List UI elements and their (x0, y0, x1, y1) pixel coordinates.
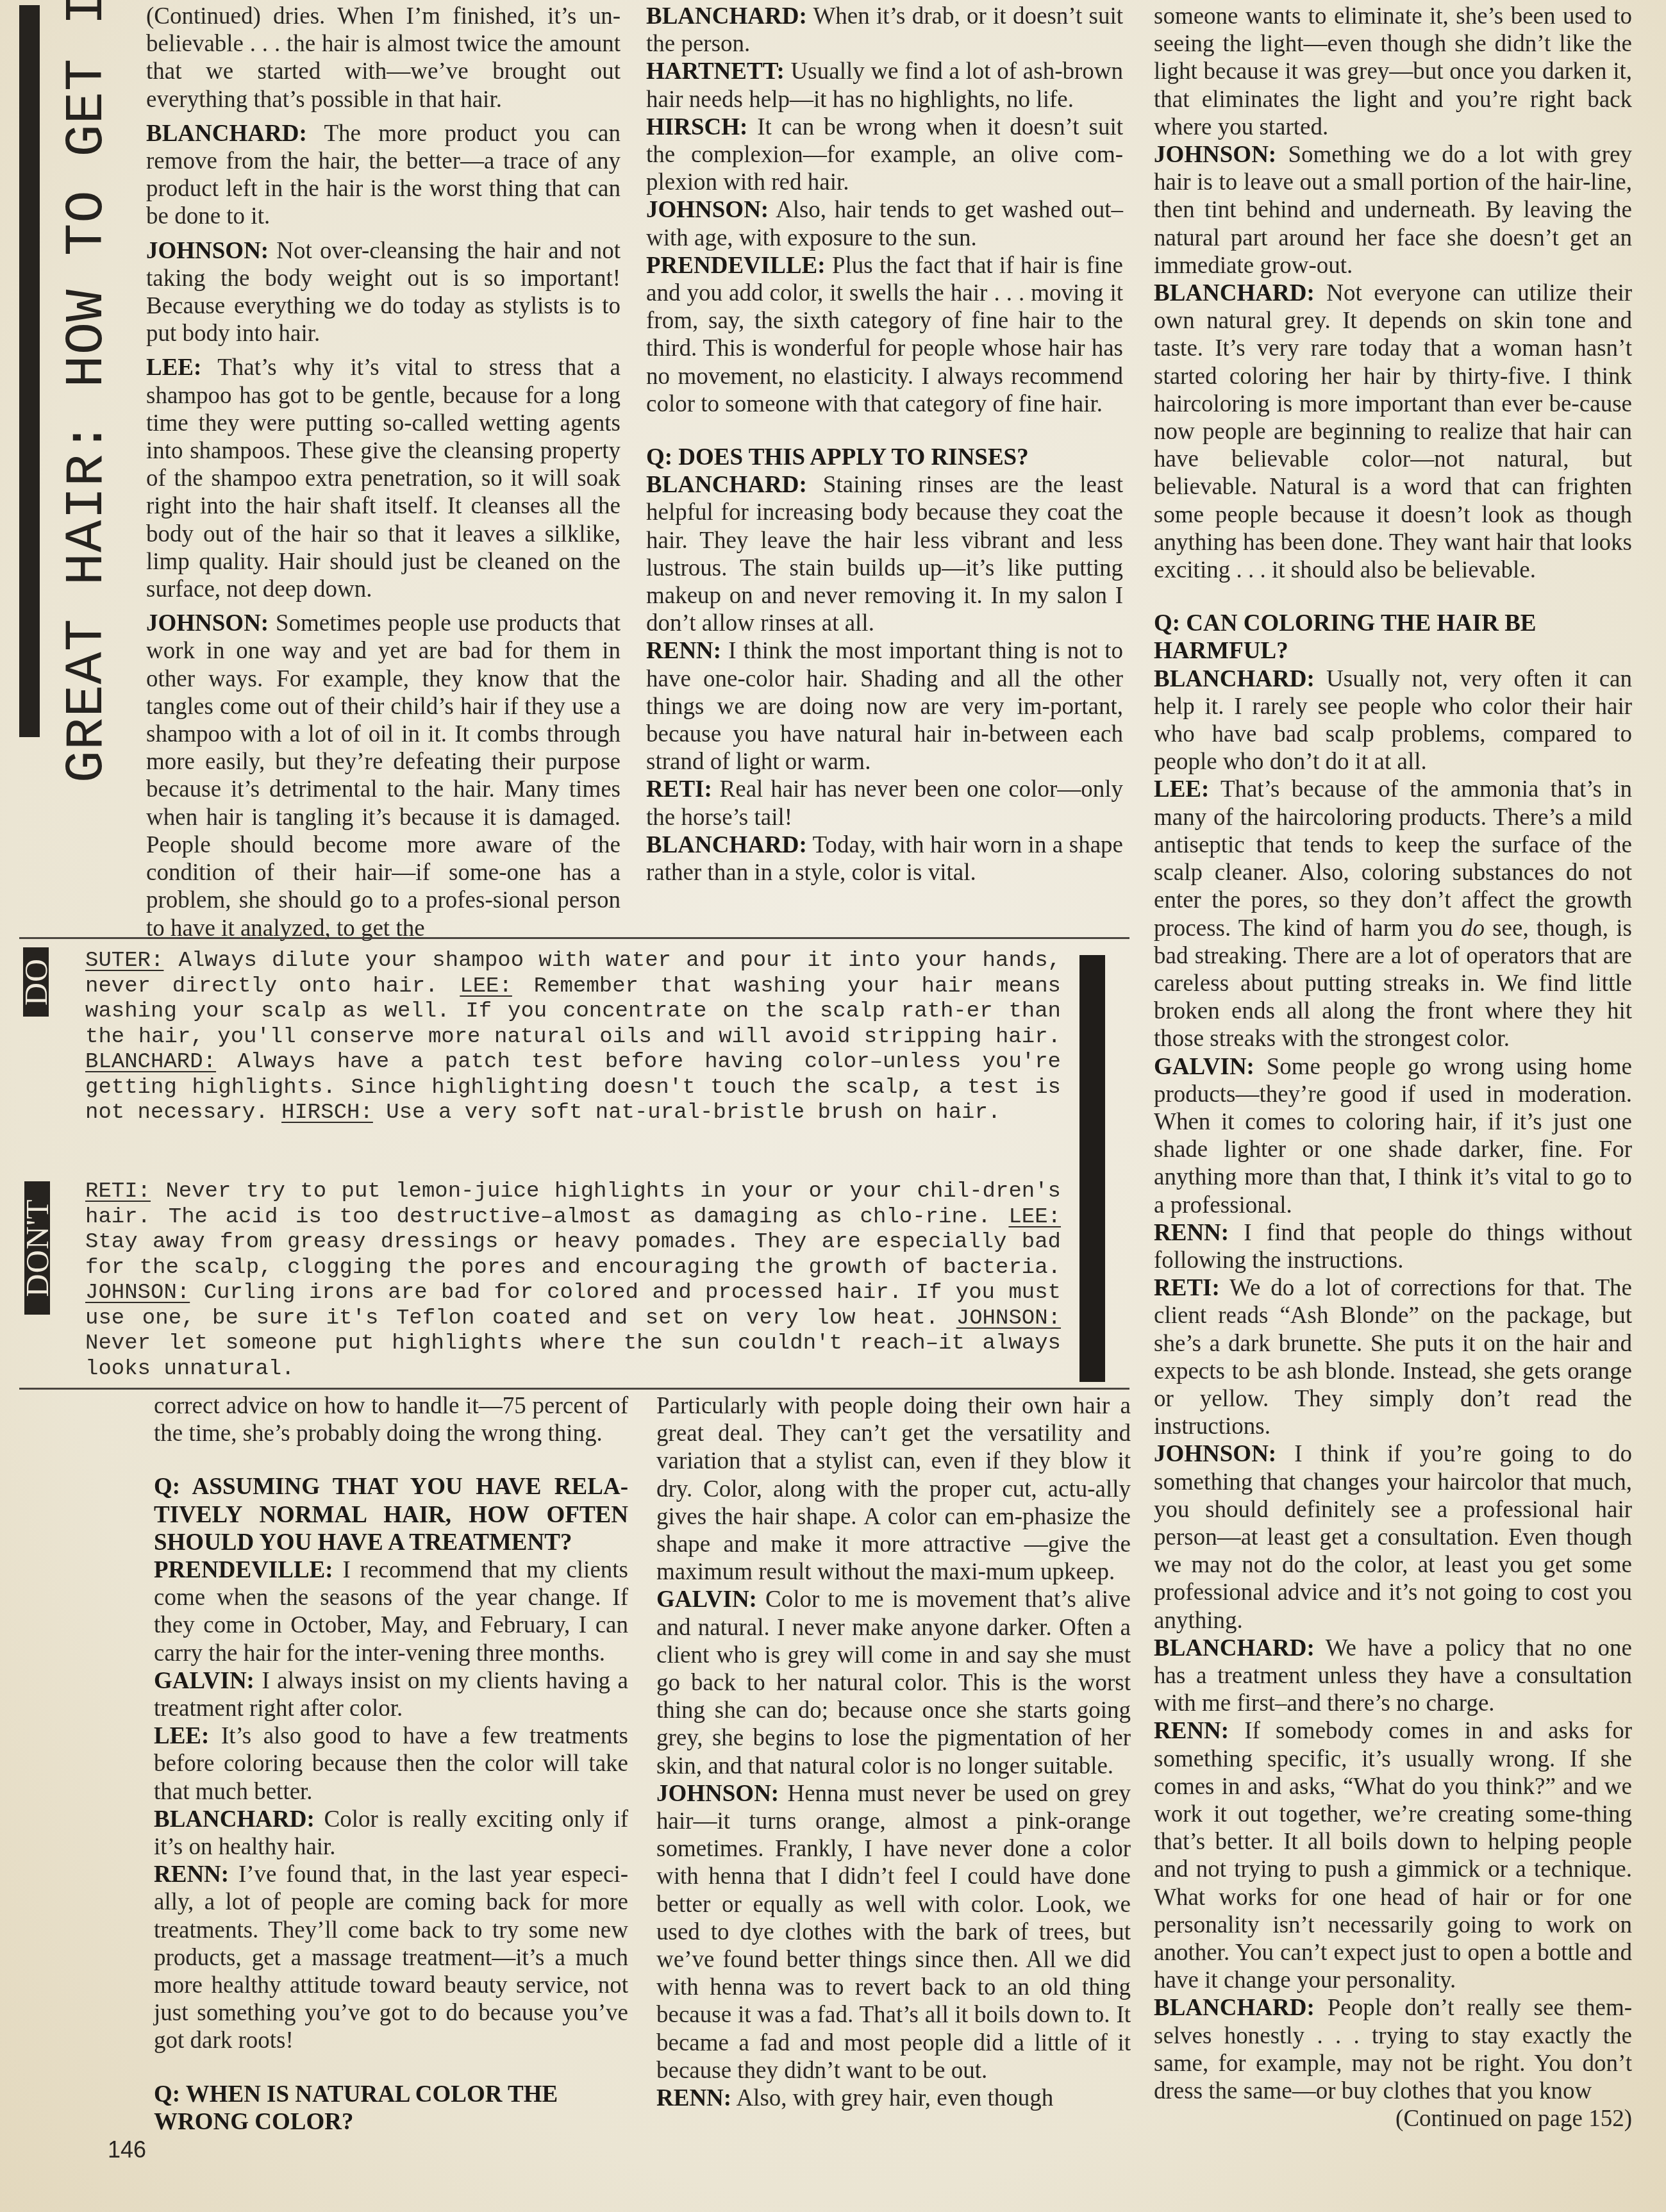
paragraph: JOHNSON: Also, hair tends to get washed … (646, 196, 1123, 251)
speaker: RETI: (1154, 1275, 1220, 1301)
paragraph: JOHNSON: Something we do a lot with grey… (1154, 141, 1632, 279)
speaker: RENN: (1154, 1718, 1229, 1744)
paragraph: RENN: I’ve found that, in the last year … (154, 1861, 628, 2054)
speaker: RENN: (154, 1861, 229, 1888)
paragraph: BLANCHARD: Today, with hair worn in a sh… (646, 831, 1123, 886)
speaker: JOHNSON: (1154, 1441, 1276, 1467)
column-top-middle: BLANCHARD: When it’s drab, or it doesn’t… (646, 3, 1123, 886)
vertical-title: GREAT HAIR: HOW TO GET IT (59, 5, 117, 737)
paragraph: BLANCHARD: Usually not, very often it ca… (1154, 665, 1632, 776)
speaker: LEE: (146, 354, 201, 381)
paragraph: JOHNSON: I think if you’re going to do s… (1154, 1440, 1632, 1634)
paragraph: GALVIN: I always insist on my clients ha… (154, 1667, 628, 1722)
tips-box-bottom-rule (19, 1388, 1129, 1390)
speaker: BLANCHARD: (154, 1806, 315, 1833)
tip-author: LEE: (1008, 1205, 1061, 1229)
tip-author: BLANCHARD: (85, 1050, 216, 1074)
paragraph: HARTNETT: Usually we find a lot of ash-b… (646, 58, 1123, 113)
paragraph: BLANCHARD: People don’t really see them-… (1154, 1994, 1632, 2105)
speaker: JOHNSON: (146, 238, 269, 264)
speaker: JOHNSON: (1154, 142, 1276, 168)
speaker: HARTNETT: (646, 58, 785, 85)
speaker: BLANCHARD: (646, 3, 807, 29)
question-heading: Q: WHEN IS NATURAL COLOR THE WRONG COLOR… (154, 2081, 628, 2136)
paragraph: JOHNSON: Sometimes people use products t… (146, 610, 621, 942)
paragraph: RENN: If somebody comes in and asks for … (1154, 1717, 1632, 1994)
speaker: GALVIN: (154, 1668, 254, 1694)
paragraph: LEE: That’s because of the ammonia that’… (1154, 776, 1632, 1052)
page-number: 146 (108, 2136, 146, 2163)
speaker: RENN: (656, 2085, 731, 2111)
speaker: PRENDEVILLE: (646, 253, 826, 279)
question-heading: Q: DOES THIS APPLY TO RINSES? (646, 444, 1123, 471)
paragraph: JOHNSON: Henna must never be used on gre… (656, 1780, 1131, 2084)
tip-author: RETI: (85, 1179, 151, 1204)
article-title: GREAT HAIR: HOW TO GET IT (61, 0, 115, 783)
speaker: LEE: (154, 1723, 209, 1749)
paragraph: BLANCHARD: The more product you can remo… (146, 120, 621, 231)
paragraph: RETI: Real hair has never been one color… (646, 776, 1123, 831)
speaker: BLANCHARD: (646, 832, 807, 858)
paragraph: HIRSCH: It can be wrong when it doesn’t … (646, 113, 1123, 197)
paragraph: BLANCHARD: Color is really exciting only… (154, 1806, 628, 1861)
paragraph: RENN: I find that people do things witho… (1154, 1219, 1632, 1274)
speaker: HIRSCH: (646, 114, 747, 140)
speaker: BLANCHARD: (646, 472, 807, 498)
speaker: RENN: (646, 638, 721, 664)
question-heading: Q: CAN COLORING THE HAIR BE HARMFUL? (1154, 610, 1632, 665)
paragraph: LEE: That’s why it’s vital to stress tha… (146, 354, 621, 603)
paragraph: RENN: Also, with grey hair, even though (656, 2084, 1131, 2112)
speaker: BLANCHARD: (1154, 280, 1315, 306)
speaker: PRENDEVILLE: (154, 1557, 333, 1583)
do-label-tag: DO (23, 947, 49, 1017)
question-heading: Q: ASSUMING THAT YOU HAVE RELA-TIVELY NO… (154, 1473, 628, 1556)
speaker: BLANCHARD: (1154, 1995, 1315, 2021)
paragraph: Particularly with people doing their own… (656, 1392, 1131, 1586)
column-bottom-left: correct advice on how to handle it—75 pe… (154, 1392, 628, 2136)
paragraph: LEE: It’s also good to have a few treatm… (154, 1722, 628, 1806)
paragraph: BLANCHARD: Staining rinses are the least… (646, 471, 1123, 637)
paragraph: JOHNSON: Not over-cleansing the hair and… (146, 237, 621, 348)
speaker: BLANCHARD: (1154, 1635, 1315, 1661)
speaker: BLANCHARD: (146, 121, 307, 147)
title-bar (19, 5, 40, 737)
speaker: LEE: (1154, 776, 1209, 802)
dont-tips-text: RETI: Never try to put lemon-juice highl… (85, 1179, 1061, 1382)
continued-note: (Continued on page 152) (1154, 2105, 1632, 2133)
tip-author: HIRSCH: (281, 1101, 373, 1125)
tip-author: LEE: (460, 974, 512, 999)
paragraph: (Continued) dries. When I’m finished, it… (146, 3, 621, 113)
paragraph: PRENDEVILLE: I recommend that my clients… (154, 1556, 628, 1667)
speaker: BLANCHARD: (1154, 666, 1315, 692)
speaker: JOHNSON: (656, 1781, 779, 1807)
paragraph: BLANCHARD: We have a policy that no one … (1154, 1634, 1632, 1718)
paragraph: RETI: We do a lot of corrections for tha… (1154, 1274, 1632, 1440)
speaker: JOHNSON: (646, 197, 769, 223)
paragraph: correct advice on how to handle it—75 pe… (154, 1392, 628, 1447)
tips-box-side-bar (1079, 955, 1105, 1382)
column-right: someone wants to eliminate it, she’s bee… (1154, 3, 1632, 2133)
paragraph: someone wants to eliminate it, she’s bee… (1154, 3, 1632, 141)
speaker: GALVIN: (1154, 1054, 1254, 1080)
speaker: JOHNSON: (146, 610, 269, 636)
column-top-left: (Continued) dries. When I’m finished, it… (146, 3, 621, 942)
column-bottom-middle: Particularly with people doing their own… (656, 1392, 1131, 2112)
paragraph: GALVIN: Some people go wrong using home … (1154, 1053, 1632, 1219)
paragraph: RENN: I think the most important thing i… (646, 637, 1123, 776)
paragraph: GALVIN: Color to me is movement that’s a… (656, 1586, 1131, 1779)
tip-author: JOHNSON: (956, 1306, 1061, 1331)
do-tips-text: SUTER: Always dilute your shampoo with w… (85, 949, 1061, 1126)
dont-label-tag: DON'T (24, 1181, 50, 1315)
speaker: RENN: (1154, 1220, 1229, 1246)
paragraph: BLANCHARD: When it’s drab, or it doesn’t… (646, 3, 1123, 58)
speaker: GALVIN: (656, 1586, 757, 1613)
speaker: RETI: (646, 776, 712, 802)
paragraph: PRENDEVILLE: Plus the fact that if hair … (646, 252, 1123, 418)
tip-author: SUTER: (85, 949, 163, 973)
tip-author: JOHNSON: (85, 1281, 190, 1305)
tips-box-top-rule (19, 937, 1129, 939)
paragraph: BLANCHARD: Not everyone can utilize thei… (1154, 279, 1632, 584)
